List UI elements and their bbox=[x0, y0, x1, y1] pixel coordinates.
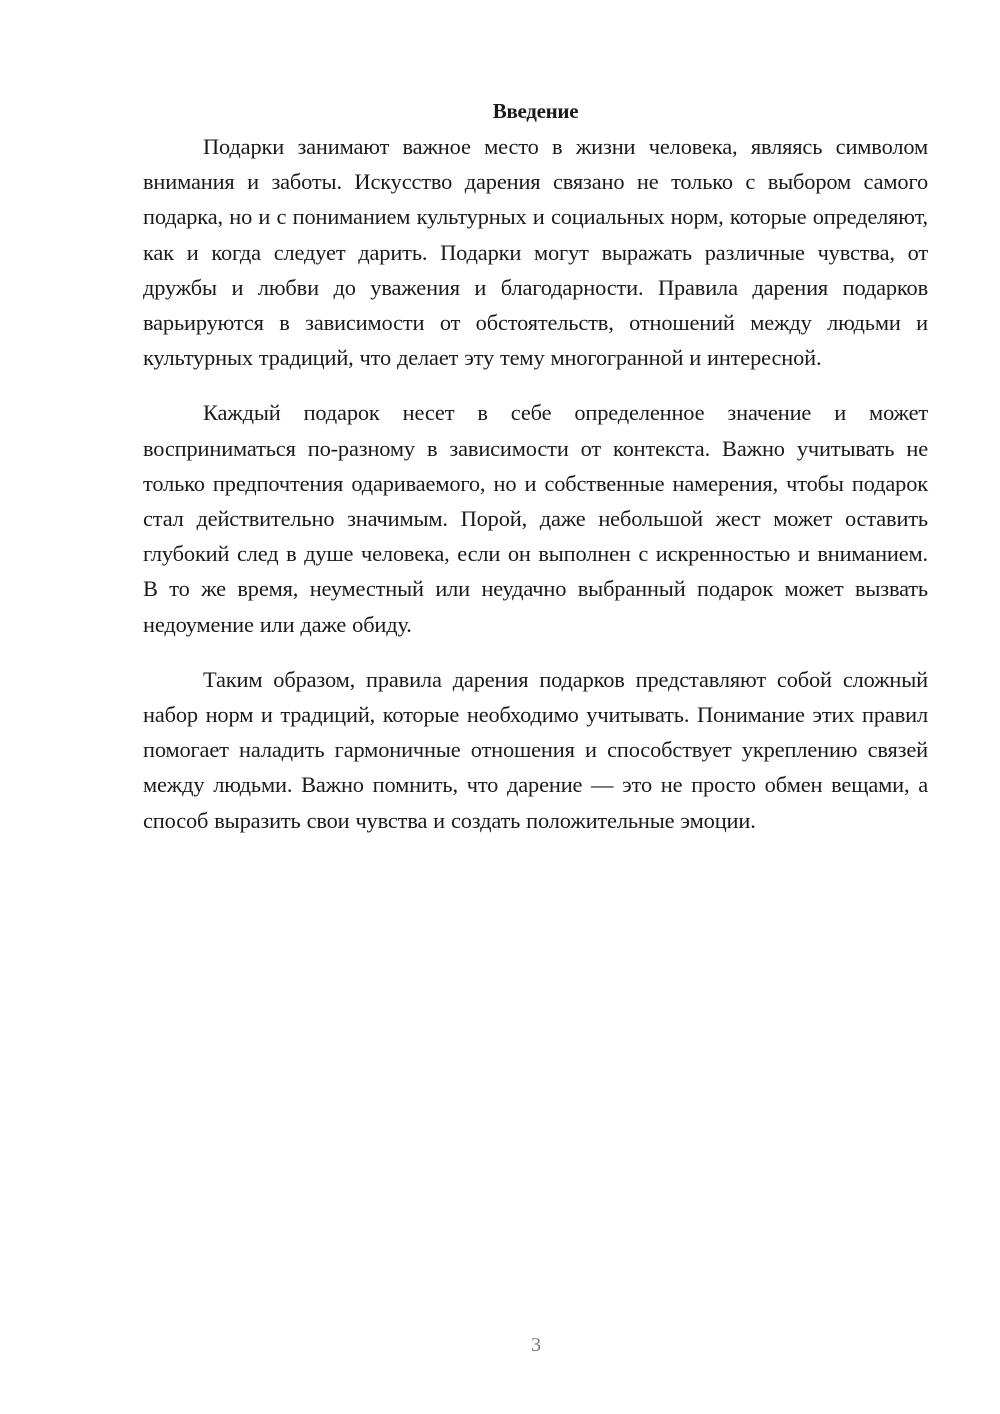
document-page: Введение Подарки занимают важное место в… bbox=[0, 0, 1000, 1414]
section-heading: Введение bbox=[143, 96, 928, 126]
paragraph-3: Таким образом, правила дарения подарков … bbox=[143, 662, 928, 838]
paragraph-1: Подарки занимают важное место в жизни че… bbox=[143, 129, 928, 375]
paragraph-2: Каждый подарок несет в себе определенное… bbox=[143, 395, 928, 641]
page-number: 3 bbox=[72, 1334, 1000, 1357]
page-content: Введение Подарки занимают важное место в… bbox=[143, 96, 928, 858]
